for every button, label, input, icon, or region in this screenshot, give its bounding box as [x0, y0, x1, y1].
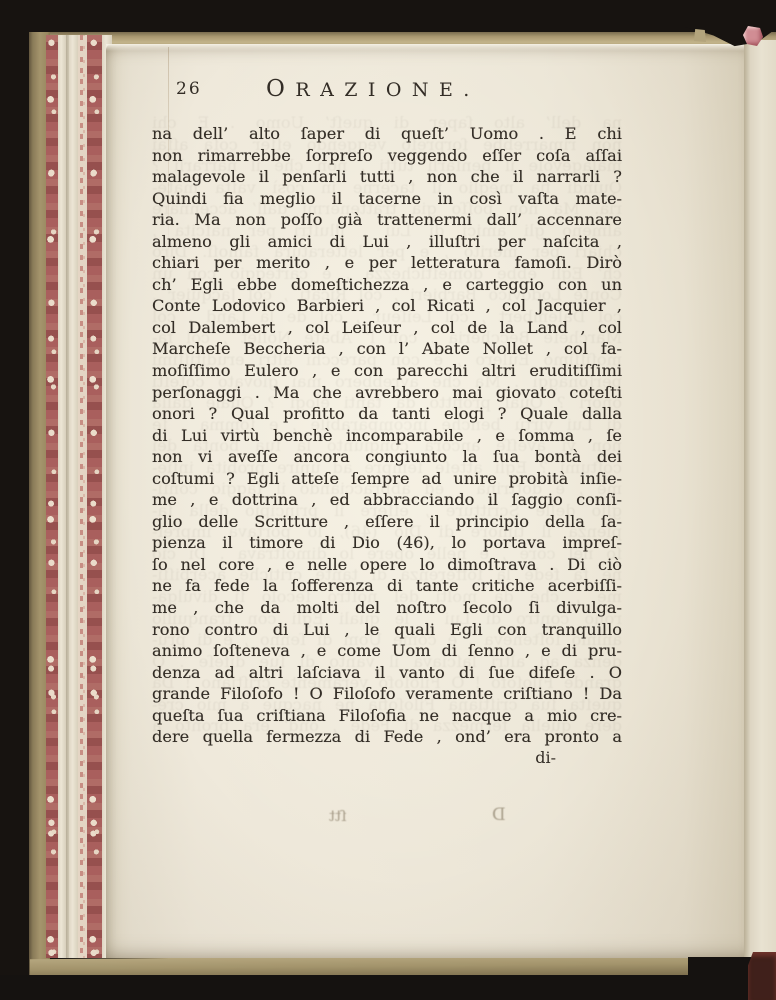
text-line: ria. Ma non poſſo già trattenermi dall’ …	[152, 209, 622, 231]
text-line: perſonaggi . Ma che avrebbero mai giovat…	[152, 382, 622, 404]
ghost-mark-signature: D	[492, 805, 506, 825]
text-line: queſta ſua criſtiana Filoſofia ne nacque…	[152, 705, 622, 727]
text-line: chiari per merito , e per letteratura fa…	[152, 252, 622, 274]
text-line: dere quella fermezza di Fede , ond’ era …	[152, 726, 622, 748]
body-text: na dell’ alto ſaper di queſt’ Uomo . E c…	[152, 123, 622, 748]
text-line: moſiſſimo Eulero , e con parecchi altri …	[152, 360, 622, 382]
text-line: ne fa fede la ſofferenza di tante critic…	[152, 575, 622, 597]
text-line: onori ? Qual profitto da tanti elogi ? Q…	[152, 403, 622, 425]
speckled-edge	[46, 35, 58, 958]
page-edges-stack	[46, 35, 112, 958]
page-edge	[69, 35, 78, 958]
catchword-line: di-	[152, 748, 622, 770]
ghost-mark-left: ſtt	[329, 807, 347, 825]
text-line: me , e dottrina , ed abbracciando il ſag…	[152, 489, 622, 511]
speckled-edge-light	[78, 35, 87, 958]
text-line: ch’ Egli ebbe domeſtichezza , e carteggi…	[152, 274, 622, 296]
text-line: coſtumi ? Egli atteſe ſempre ad unire pr…	[152, 468, 622, 490]
background-top	[0, 0, 776, 32]
text-line: malagevole il penſarli tutti , non che i…	[152, 166, 622, 188]
page-content: 26 ORAZIONE. na dell’ alto ſaper di queſ…	[152, 76, 622, 769]
leather-corner	[748, 952, 776, 1000]
text-line: animo ſoſteneva , e come Uom di ſenno , …	[152, 640, 622, 662]
text-line: grande Filoſofo ! O Filoſofo veramente c…	[152, 683, 622, 705]
text-line: pienza il timore di Dio (46), lo portava…	[152, 532, 622, 554]
page-number: 26	[176, 79, 202, 99]
text-line: Marcheſe Beccheria , con l’ Abate Nollet…	[152, 338, 622, 360]
page-header: 26 ORAZIONE.	[152, 76, 622, 104]
text-line: na dell’ alto ſaper di queſt’ Uomo . E c…	[152, 123, 622, 145]
text-line: ſo nel core , e nelle opere lo dimoſtrav…	[152, 554, 622, 576]
book-photo: na dell’ alto ſaper di queſt’ Uomo . E c…	[0, 0, 776, 1000]
text-line: non vi aveſſe ancora congiunto la ſua bo…	[152, 446, 622, 468]
running-title: ORAZIONE.	[266, 76, 480, 102]
text-line: me , che da molti del noſtro ſecolo ſi d…	[152, 597, 622, 619]
cover-corner-nub	[694, 29, 706, 42]
page-top-edge	[106, 44, 748, 51]
text-line: almeno gli amici di Lui , illuſtri per n…	[152, 231, 622, 253]
text-line: non rimarrebbe ſorpreſo veggendo eſſer c…	[152, 145, 622, 167]
text-line: Conte Lodovico Barbieri , col Ricati , c…	[152, 295, 622, 317]
next-page-fold	[744, 40, 776, 958]
catchword: di-	[535, 748, 556, 767]
page-edge	[58, 35, 66, 958]
text-line: col Dalembert , col Leiſeur , col de la …	[152, 317, 622, 339]
speckled-edge	[87, 35, 102, 958]
text-line: Quindi fia meglio il tacerne in così vaſ…	[152, 188, 622, 210]
text-line: rono contro di Lui , le quali Egli con t…	[152, 619, 622, 641]
text-line: di Lui virtù benchè incomparabile , e ſo…	[152, 425, 622, 447]
text-line: glio delle Scritture , eſſere il princip…	[152, 511, 622, 533]
text-line: denza ad altri laſciava il vanto di ſue …	[152, 662, 622, 684]
background-bottom	[0, 975, 776, 1000]
background-left	[0, 0, 29, 1000]
